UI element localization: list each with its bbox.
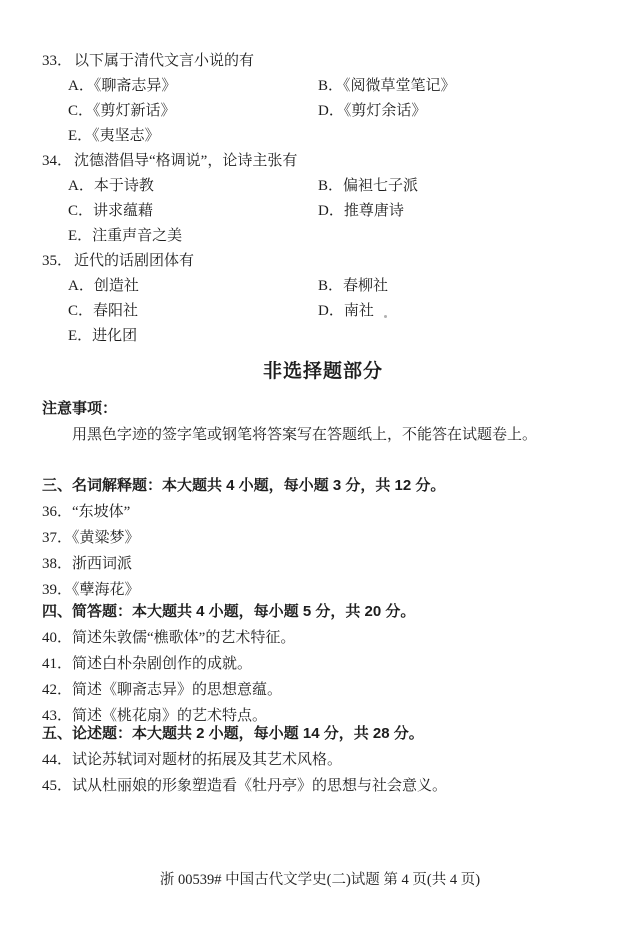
question-35-number: 35． [42,253,72,269]
question-35-options-row-1: A．创造社 B．春柳社 [42,274,604,299]
question-33-text: 以下属于清代文言小说的有 [74,53,254,69]
question-34-options-row-3: E．注重声音之美 [42,224,604,249]
exam-page: 33．以下属于清代文言小说的有 A．《聊斋志异》 B．《阅微草堂笔记》 C．《剪… [0,0,640,940]
question-34-options-row-2: C．讲求蕴藉 D．推尊唐诗 [42,199,604,224]
question-36: 36．“东坡体” [42,499,604,525]
question-33-options-row-2: C．《剪灯新话》 D．《剪灯余话》 [42,99,604,124]
question-41: 41．简述白朴杂剧创作的成就。 [42,651,604,677]
scan-artifact-dot [384,315,387,318]
option-33-e: E．《夷坚志》 [68,124,318,149]
section-3-header: 三、名词解释题：本大题共 4 小题，每小题 3 分，共 12 分。 [42,473,604,499]
question-37: 37．《黄粱梦》 [42,525,604,551]
question-42: 42．简述《聊斋志异》的思想意蕴。 [42,677,604,703]
option-33-b: B．《阅微草堂笔记》 [318,74,604,99]
option-34-c: C．讲求蕴藉 [68,199,318,224]
option-35-e: E．进化团 [68,324,318,349]
option-35-d: D．南社 [318,299,604,324]
question-33-stem: 33．以下属于清代文言小说的有 [42,49,604,74]
question-35-options-row-3: E．进化团 [42,324,604,349]
section-4-header: 四、简答题：本大题共 4 小题，每小题 5 分，共 20 分。 [42,599,604,625]
question-34-number: 34． [42,153,72,169]
question-35-text: 近代的话剧团体有 [74,253,194,269]
non-multiple-choice-heading: 非选择题部分 [42,357,604,387]
question-33-number: 33． [42,53,72,69]
question-34-text: 沈德潜倡导“格调说”，论诗主张有 [74,153,297,169]
option-34-b: B．偏袒七子派 [318,174,604,199]
question-34-options-row-1: A．本于诗教 B．偏袒七子派 [42,174,604,199]
question-34-stem: 34．沈德潜倡导“格调说”，论诗主张有 [42,149,604,174]
question-45: 45．试从杜丽娘的形象塑造看《牡丹亭》的思想与社会意义。 [42,773,604,799]
option-34-a: A．本于诗教 [68,174,318,199]
question-35-stem: 35．近代的话剧团体有 [42,249,604,274]
notice-text: 用黑色字迹的签字笔或钢笔将答案写在答题纸上，不能答在试题卷上。 [42,422,604,448]
question-44: 44．试论苏轼词对题材的拓展及其艺术风格。 [42,747,604,773]
option-35-b: B．春柳社 [318,274,604,299]
question-33-options-row-3: E．《夷坚志》 [42,124,604,149]
page-footer: 浙 00539# 中国古代文学史(二)试题 第 4 页(共 4 页) [0,869,640,891]
section-5-header: 五、论述题：本大题共 2 小题，每小题 14 分，共 28 分。 [42,721,604,747]
option-33-c: C．《剪灯新话》 [68,99,318,124]
option-33-d: D．《剪灯余话》 [318,99,604,124]
question-38: 38．浙西词派 [42,551,604,577]
question-40: 40．简述朱敦儒“樵歌体”的艺术特征。 [42,625,604,651]
question-35-options-row-2: C．春阳社 D．南社 [42,299,604,324]
option-34-d: D．推尊唐诗 [318,199,604,224]
option-33-a: A．《聊斋志异》 [68,74,318,99]
option-35-c: C．春阳社 [68,299,318,324]
option-34-e: E．注重声音之美 [68,224,318,249]
question-33-options-row-1: A．《聊斋志异》 B．《阅微草堂笔记》 [42,74,604,99]
option-35-a: A．创造社 [68,274,318,299]
notice-label: 注意事项： [42,396,604,422]
page-content: 33．以下属于清代文言小说的有 A．《聊斋志异》 B．《阅微草堂笔记》 C．《剪… [0,0,640,799]
